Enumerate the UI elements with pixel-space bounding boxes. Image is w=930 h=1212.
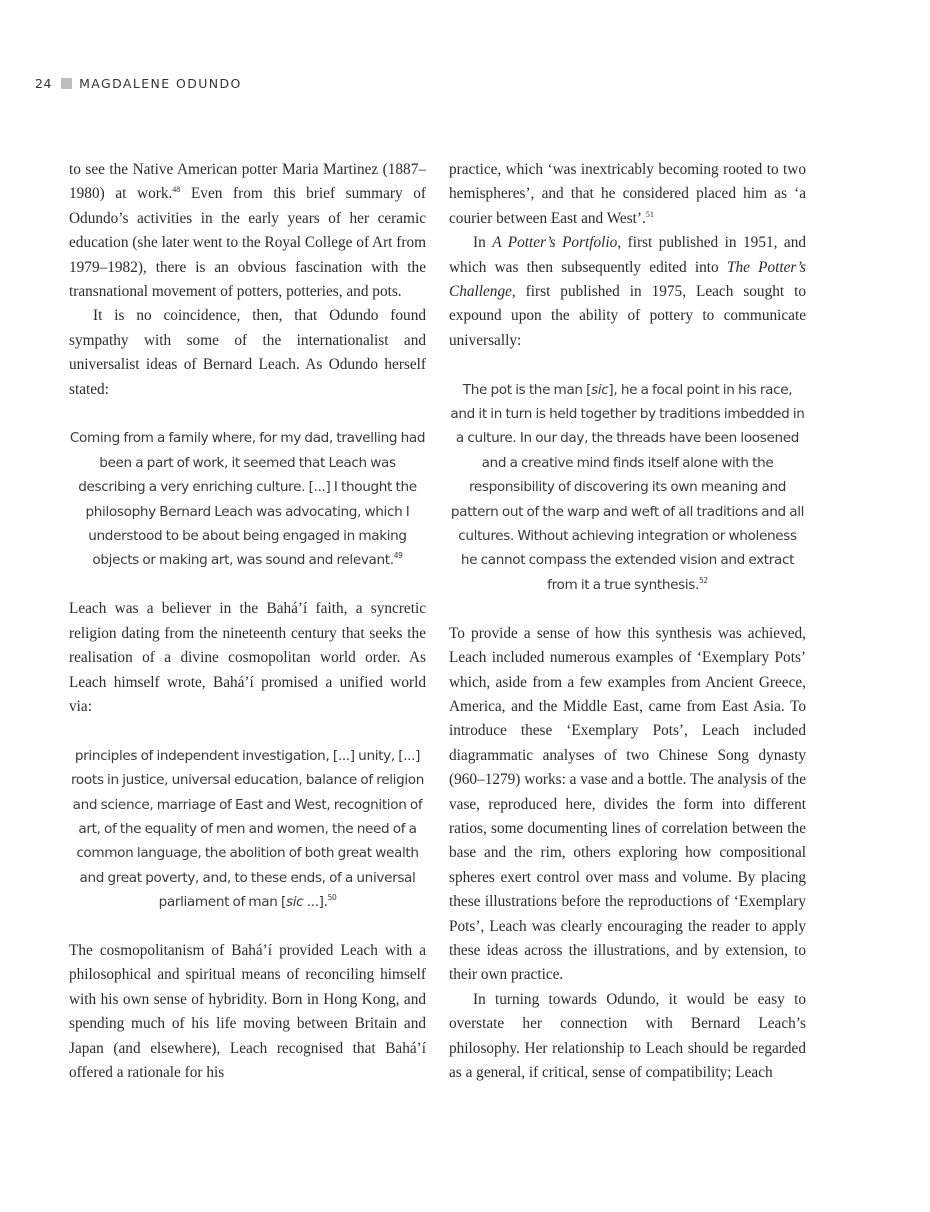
paragraph: to see the Native American potter Maria … [69,158,426,304]
quote-text: ], he a focal point in his race, and it … [450,382,804,593]
running-head: 24 MAGDALENE ODUNDO [35,76,242,91]
footnote-ref: 52 [699,576,708,585]
spacer [69,573,426,597]
sic-italic: sic [591,382,608,398]
quote-text: The pot is the man [ [463,382,591,398]
quote-text: Coming from a family where, for my dad, … [70,430,425,568]
spacer [69,402,426,426]
paragraph: In A Potter’s Portfolio, first published… [449,231,806,353]
right-column: practice, which ‘was inextricably becomi… [449,158,806,1085]
spacer [69,915,426,939]
paragraph: To provide a sense of how this synthesis… [449,622,806,988]
footnote-ref: 49 [394,551,403,560]
block-quote: principles of independent investigation,… [69,744,426,915]
block-quote: The pot is the man [sic], he a focal poi… [449,378,806,598]
book-title: A Potter’s Portfolio [492,234,617,251]
running-head-title: MAGDALENE ODUNDO [79,76,242,91]
paragraph-text: In [473,234,492,251]
paragraph-text: Even from this brief summary of Odundo’s… [69,185,426,300]
paragraph: It is no coincidence, then, that Odundo … [69,304,426,402]
paragraph: practice, which ‘was inextricably becomi… [449,158,806,231]
left-column: to see the Native American potter Maria … [69,158,426,1085]
quote-text: ...]. [303,894,327,910]
spacer [69,719,426,743]
footnote-ref: 50 [328,893,337,902]
quote-text: principles of independent investigation,… [71,748,424,910]
block-quote: Coming from a family where, for my dad, … [69,426,426,572]
header-square-ornament [61,78,72,89]
sic-italic: sic [286,894,303,910]
paragraph: The cosmopolitanism of Bahá’í provided L… [69,939,426,1085]
page-number: 24 [35,76,52,91]
paragraph: In turning towards Odundo, it would be e… [449,988,806,1086]
spacer [449,353,806,377]
paragraph: Leach was a believer in the Bahá’í faith… [69,597,426,719]
spacer [449,597,806,621]
footnote-ref: 51 [646,210,654,219]
paragraph-text: practice, which ‘was inextricably becomi… [449,161,806,227]
